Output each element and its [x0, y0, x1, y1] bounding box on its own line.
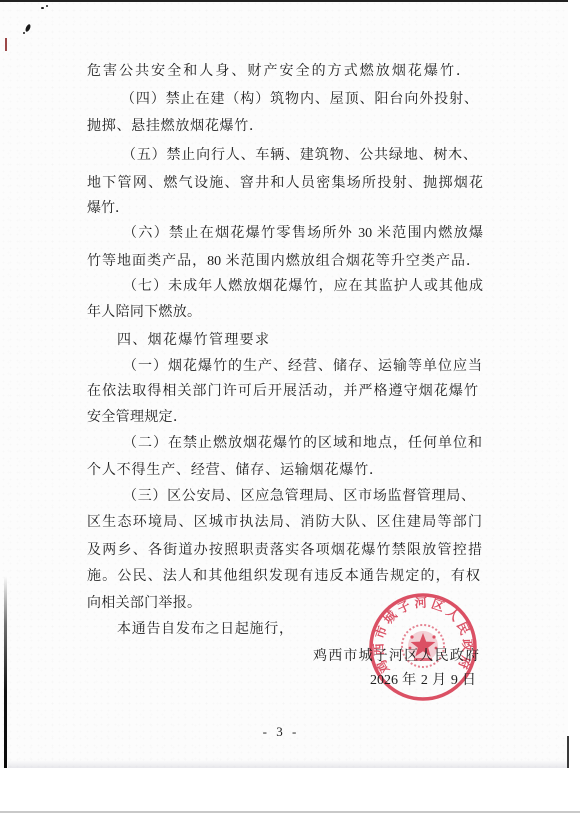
text-line: （三）区公安局、区应急管理局、区市场监督管理局、 — [123, 487, 475, 507]
text-line: 在依法取得相关部门许可后开展活动，并严格遵守烟花爆竹 — [87, 382, 478, 402]
scan-bottom-shadow — [8, 760, 567, 768]
text-line: 向相关部门举报。 — [87, 594, 201, 614]
text-line: 及两乡、各街道办按照职责落实各项烟花爆竹禁限放管控措 — [87, 541, 482, 561]
text-line: （四）禁止在建（构）筑物内、屋顶、阳台向外投射、 — [121, 90, 478, 110]
text-line: （五）禁止向行人、车辆、建筑物、公共绿地、树木、 — [122, 146, 477, 166]
ink-speck — [46, 5, 48, 7]
text-line: 安全管理规定． — [87, 408, 187, 428]
issue-date: 2026 年 2 月 9 日 — [370, 671, 476, 691]
text-line: 爆竹． — [87, 199, 129, 219]
text-line: （六）禁止在烟花爆竹零售场所外 30 米范围内燃放爆 — [123, 224, 483, 244]
ink-blot — [24, 24, 31, 33]
scan-right-edge — [567, 736, 569, 768]
page-number: - 3 - — [251, 722, 311, 742]
issuer-name: 鸡西市城子河区人民政府 — [313, 647, 479, 667]
text-line: （七）未成年人燃放烟花爆竹，应在其监护人或其他成 — [123, 277, 483, 297]
ink-speck — [41, 7, 44, 9]
ink-speck — [23, 32, 25, 34]
text-line: 施。公民、法人和其他组织发现有违反本通告规定的，有权 — [87, 567, 480, 587]
text-line: 竹等地面类产品，80 米范围内燃放组合烟花等升空类产品． — [87, 252, 480, 272]
text-line: 年人陪同下燃放。 — [87, 303, 201, 323]
text-line: （一）烟花爆竹的生产、经营、储存、运输等单位应当 — [123, 357, 482, 377]
scan-left-edge — [4, 576, 7, 768]
text-line: 抛掷、悬挂燃放烟花爆竹． — [87, 117, 263, 137]
scanned-page: 鸡西市城子河区人民政府 危害公共安全和人身、财产安全的方式燃放烟花爆竹． （四）… — [0, 0, 568, 768]
scan-top-edge — [0, 0, 568, 2]
text-line: 本通告自发布之日起施行， — [117, 620, 293, 640]
text-line: 区生态环境局、区城市执法局、消防大队、区住建局等部门 — [87, 513, 482, 533]
viewer-bottom-divider — [0, 811, 580, 813]
text-line: （二）在禁止燃放烟花爆竹的区域和地点，任何单位和 — [123, 434, 482, 454]
text-line: 个人不得生产、经营、储存、运输烟花爆竹． — [87, 461, 383, 481]
text-line: 危害公共安全和人身、财产安全的方式燃放烟花爆竹． — [87, 62, 470, 82]
text-line: 地下管网、燃气设施、窨井和人员密集场所投射、抛掷烟花 — [87, 174, 483, 194]
section-heading: 四、烟花爆竹管理要求 — [117, 331, 269, 351]
margin-mark — [5, 38, 7, 51]
